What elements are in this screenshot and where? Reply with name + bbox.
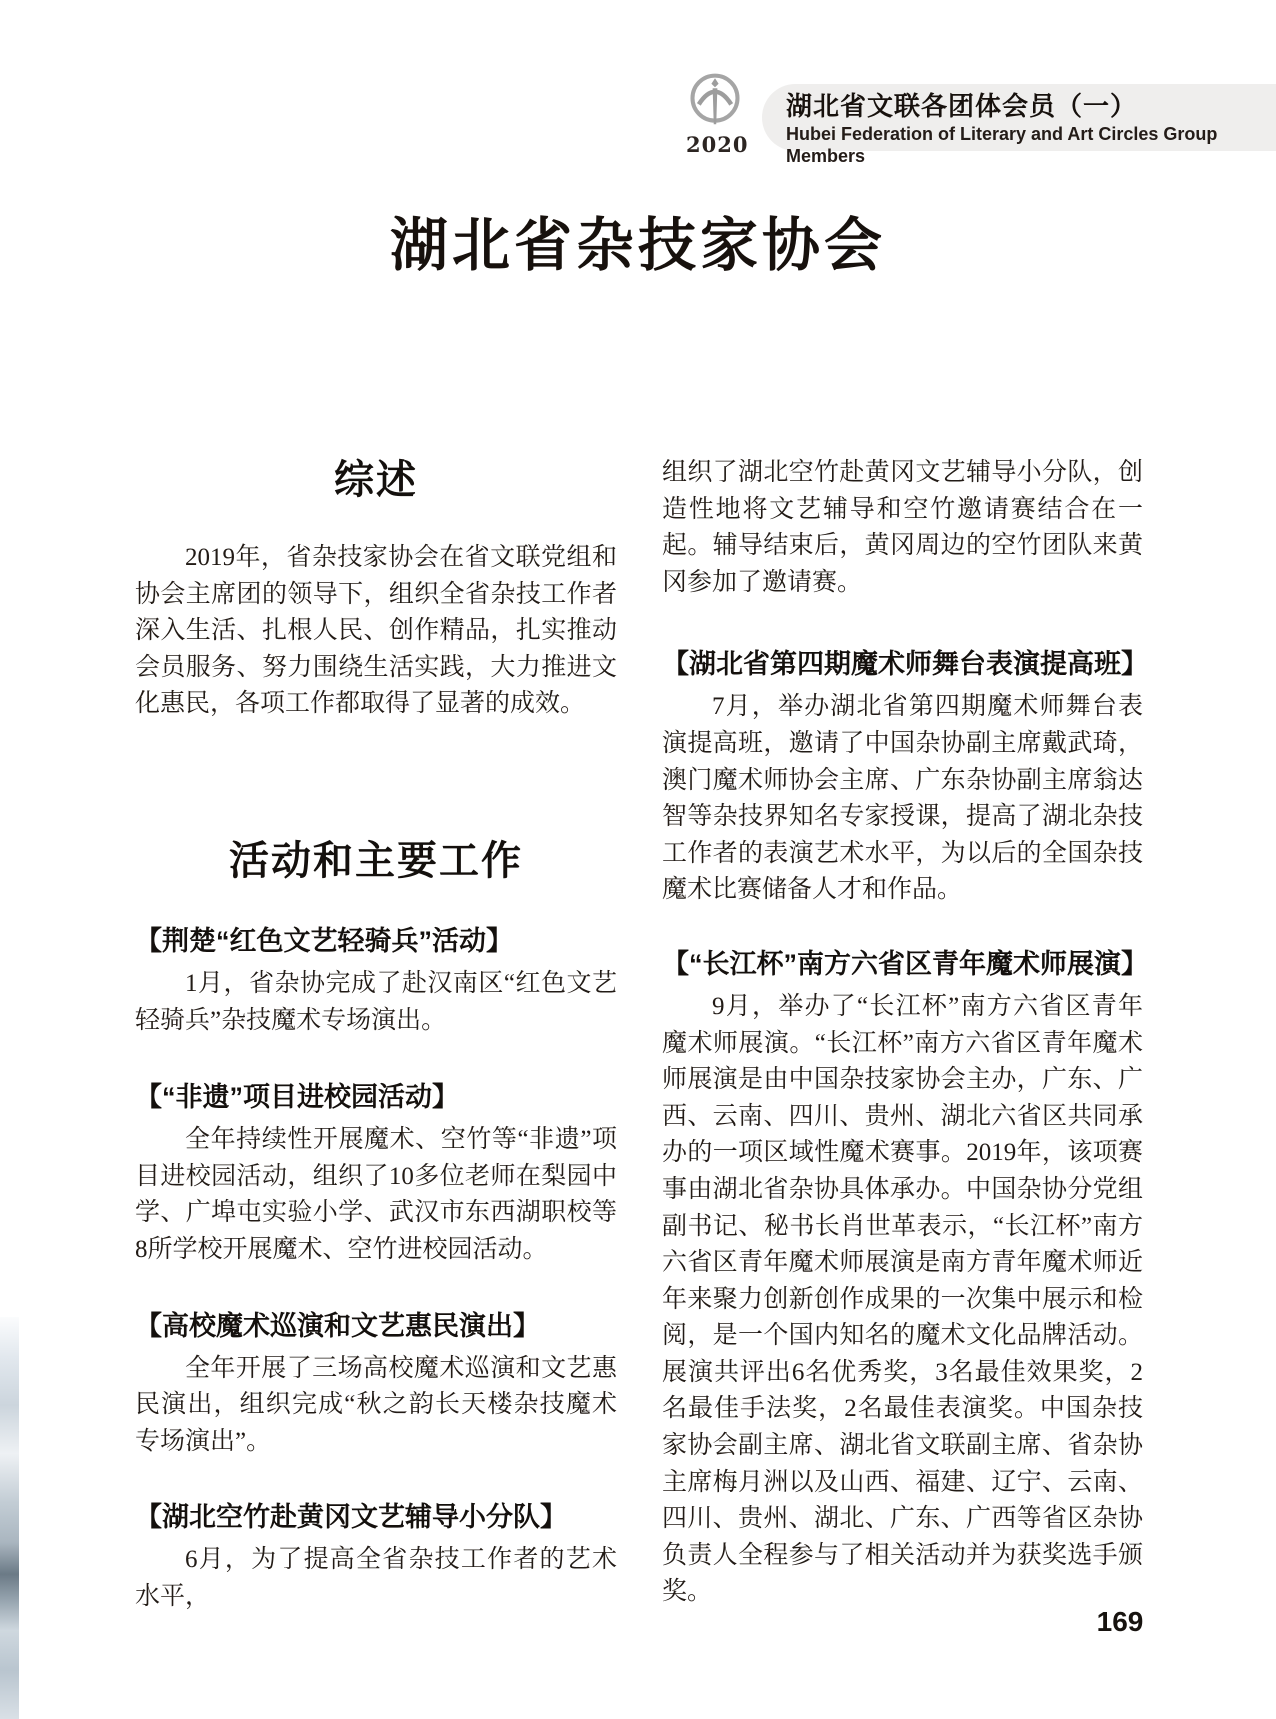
activities-heading: 活动和主要工作 (135, 836, 617, 886)
logo-year: 2020 (686, 132, 744, 157)
chapter-title-zh: 湖北省文联各团体会员（一） (786, 91, 1266, 121)
section-paragraph: 1月，省杂协完成了赴汉南区“红色文艺轻骑兵”杂技魔术专场演出。 (135, 966, 617, 1039)
chapter-title-en: Hubei Federation of Literary and Art Cir… (786, 123, 1266, 167)
section-paragraph: 7月，举办湖北省第四期魔术师舞台表演提高班，邀请了中国杂协副主席戴武琦，澳门魔术… (662, 689, 1143, 909)
section-heading: 【“非遗”项目进校园活动】 (135, 1078, 617, 1116)
federation-emblem-icon (688, 113, 742, 130)
section-heading: 【荆楚“红色文艺轻骑兵”活动】 (135, 922, 617, 960)
chapter-banner: 湖北省文联各团体会员（一） Hubei Federation of Litera… (762, 84, 1276, 151)
section-paragraph: 9月，举办了“长江杯”南方六省区青年魔术师展演。“长江杯”南方六省区青年魔术师展… (662, 989, 1143, 1611)
article-title: 湖北省杂技家协会 (0, 198, 1276, 282)
section-heading: 【高校魔术巡演和文艺惠民演出】 (135, 1307, 617, 1345)
section-heading: 【湖北省第四期魔术师舞台表演提高班】 (662, 645, 1143, 683)
yearbook-page: 2020 湖北省文联各团体会员（一） Hubei Federation of L… (0, 0, 1276, 1719)
overview-heading: 综述 (135, 455, 617, 505)
page-number: 169 (1090, 1606, 1150, 1638)
section-heading: 【“长江杯”南方六省区青年魔术师展演】 (662, 945, 1143, 983)
logo-group: 2020 (686, 72, 744, 157)
overview-paragraph: 2019年，省杂技家协会在省文联党组和协会主席团的领导下，组织全省杂技工作者深入… (135, 540, 617, 723)
section-heading: 【湖北空竹赴黄冈文艺辅导小分队】 (135, 1498, 617, 1536)
section-paragraph: 全年开展了三场高校魔术巡演和文艺惠民演出，组织完成“秋之韵长天楼杂技魔术专场演出… (135, 1351, 617, 1461)
page-edge-watermark (0, 1317, 19, 1719)
continuation-paragraph: 组织了湖北空竹赴黄冈文艺辅导小分队，创造性地将文艺辅导和空竹邀请赛结合在一起。辅… (662, 455, 1143, 601)
section-paragraph: 6月，为了提高全省杂技工作者的艺术水平， (135, 1542, 617, 1615)
right-column: 组织了湖北空竹赴黄冈文艺辅导小分队，创造性地将文艺辅导和空竹邀请赛结合在一起。辅… (662, 440, 1143, 1611)
section-paragraph: 全年持续性开展魔术、空竹等“非遗”项目进校园活动，组织了10多位老师在梨园中学、… (135, 1122, 617, 1268)
left-column: 综述 2019年，省杂技家协会在省文联党组和协会主席团的领导下，组织全省杂技工作… (135, 440, 617, 1616)
